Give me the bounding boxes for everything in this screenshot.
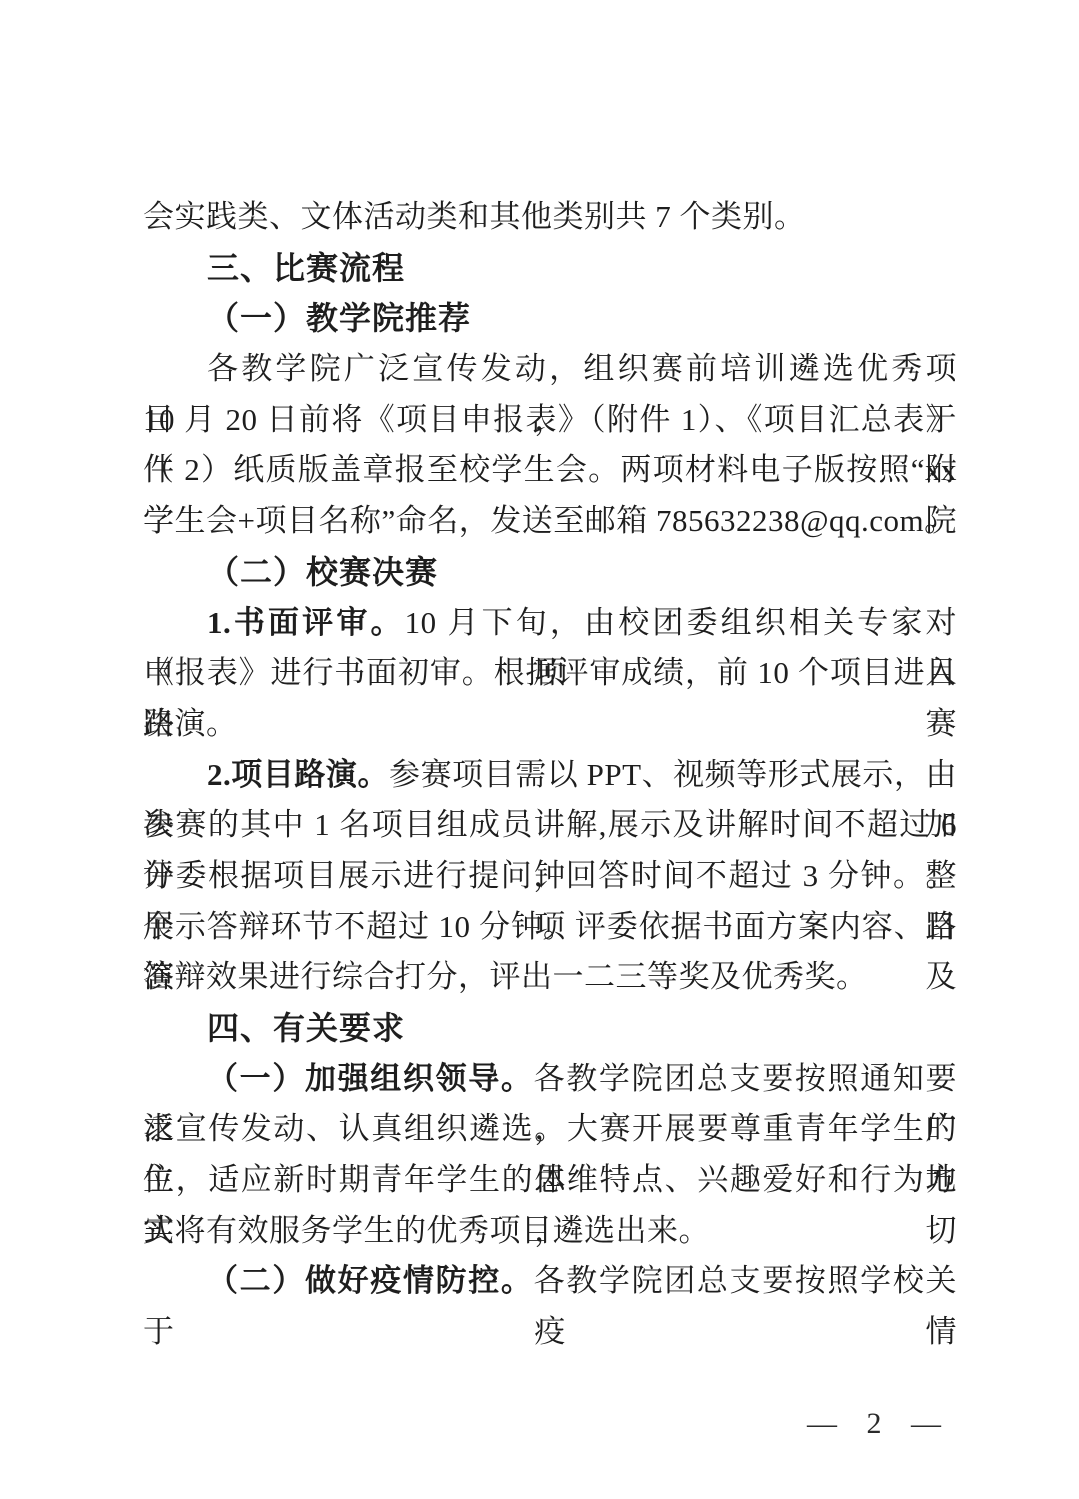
text-line: 申报表》进行书面初审。根据评审成绩，前 10 个项目进入决赛 xyxy=(143,648,957,699)
document-body: 会实践类、文体活动类和其他类别共 7 个类别。三、比赛流程（一）教学院推荐各教学… xyxy=(143,192,957,1307)
heading-line: （二）校赛决赛 xyxy=(143,547,957,598)
bold-lead: 1.书面评审。 xyxy=(207,605,405,640)
text-line: 展示答辩环节不超过 10 分钟。评委依据书面方案内容、路演及 xyxy=(143,902,957,953)
bold-lead: （二）做好疫情防控。 xyxy=(207,1263,534,1298)
text-line: （一）加强组织领导。各教学院团总支要按照通知要求，广 xyxy=(143,1054,957,1105)
text-line: 学生会+项目名称”命名，发送至邮箱 785632238@qq.com。 xyxy=(143,496,957,547)
text-line: 决赛的其中 1 名项目组成员讲解,展示及讲解时间不超过 6 分钟。 xyxy=(143,800,957,851)
heading-line: 四、有关要求 xyxy=(143,1003,957,1054)
text-line: （二）做好疫情防控。各教学院团总支要按照学校关于疫情 xyxy=(143,1256,957,1307)
text-line: 各教学院广泛宣传发动，组织赛前培训遴选优秀项目，于 xyxy=(143,344,957,395)
text-line: 位，适应新时期青年学生的思维特点、兴趣爱好和行为方式，切 xyxy=(143,1155,957,1206)
text-line: 件 2）纸质版盖章报至校学生会。两项材料电子版按照“xx 学院 xyxy=(143,445,957,496)
text-line: 泛宣传发动、认真组织遴选。大赛开展要尊重青年学生的主体地 xyxy=(143,1104,957,1155)
text-line: 会实践类、文体活动类和其他类别共 7 个类别。 xyxy=(143,192,957,243)
bold-lead: （一）加强组织领导。 xyxy=(207,1061,534,1096)
text-line: 10 月 20 日前将《项目申报表》（附件 1）、《项目汇总表》（附 xyxy=(143,395,957,446)
text-line: 评委根据项目展示进行提问，回答时间不超过 3 分钟。整个项目 xyxy=(143,851,957,902)
text-line: 答辩效果进行综合打分，评出一二三等奖及优秀奖。 xyxy=(143,952,957,1003)
document-page: 会实践类、文体活动类和其他类别共 7 个类别。三、比赛流程（一）教学院推荐各教学… xyxy=(0,0,1079,1499)
heading-line: 三、比赛流程 xyxy=(143,243,957,294)
heading-line: （一）教学院推荐 xyxy=(143,293,957,344)
text-line: 2.项目路演。参赛项目需以 PPT、视频等形式展示，由参加 xyxy=(143,750,957,801)
bold-lead: 2.项目路演。 xyxy=(207,757,389,792)
text-line: 1.书面评审。10 月下旬，由校团委组织相关专家对《项目 xyxy=(143,598,957,649)
page-number: — 2 — xyxy=(807,1408,943,1440)
